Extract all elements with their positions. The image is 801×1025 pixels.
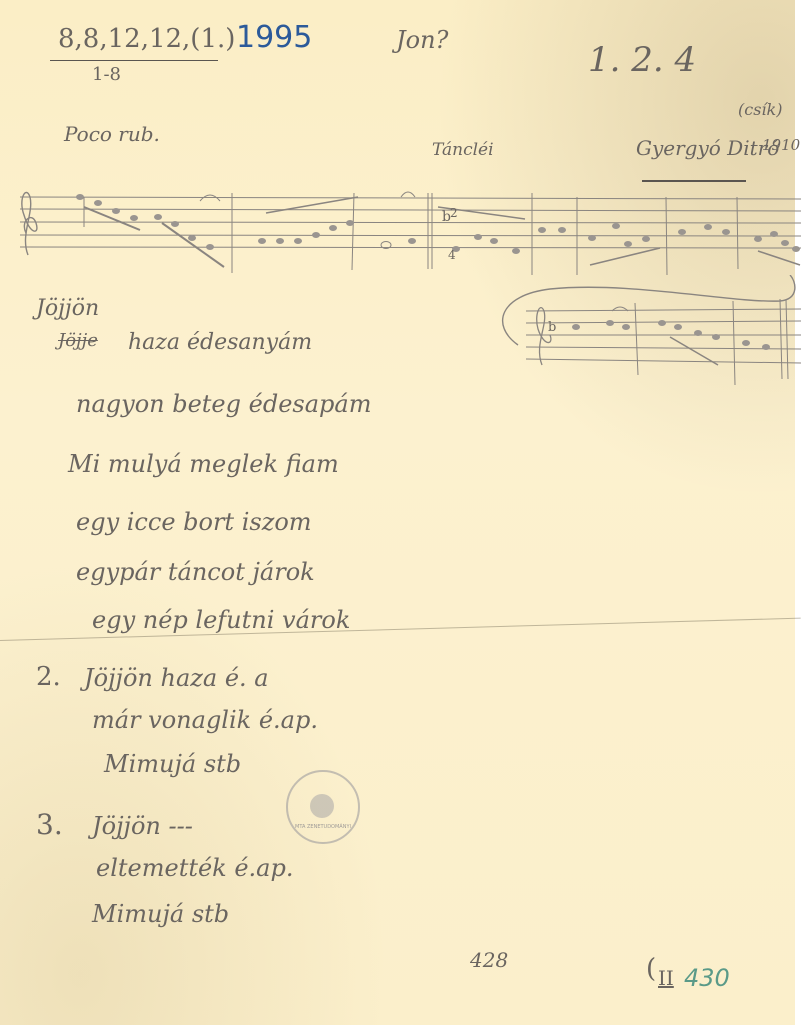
verse2-line-3: Mimujá stb [104,750,241,778]
song-type: Táncléi [432,140,494,160]
collector-note: (csík) [738,100,782,119]
year-stamp: 1995 [236,20,312,55]
manuscript-page: 8,8,12,12,(1.) 1-8 1995 Jon? 1. 2. 4 Poc… [0,0,801,1025]
verse1-line-2: nagyon beteg édesapám [76,390,371,418]
catalog-underline [50,60,218,61]
verse1-line-3: Mi mulyá meglek fiam [68,450,339,478]
verse3-line-3: Mimujá stb [92,900,229,928]
svg-text:b: b [548,320,556,335]
svg-text:4: 4 [448,248,456,262]
stamp-emblem-icon [310,794,334,818]
catalog-sub: 1-8 [92,64,121,85]
archive-bracket: ( [646,954,656,984]
tempo-marking: Poco rub. [64,122,160,146]
verse2-line-2: már vonaglik é.ap. [92,706,318,734]
verse2-line-1: Jöjjön haza é. a [84,664,269,692]
collector-year: 1910 [762,136,800,154]
verse1-struck-word: Jöjje [58,330,98,351]
verse2-number: 2. [36,662,61,692]
archive-stamp: MTA ZENETUDOMÁNYI [286,770,360,844]
collector-name: Gyergyó Ditró [636,136,779,160]
page-number: 428 [470,948,508,972]
verse1-line-6: egy nép lefutni várok [92,606,350,634]
archive-number: 430 [684,964,730,992]
section-numbers: 1. 2. 4 [588,40,696,80]
stamp-label: MTA ZENETUDOMÁNYI [288,824,358,830]
query-note: Jon? [396,26,448,54]
music-staff-2: b [490,275,801,385]
verse3-line-2: eltemették é.ap. [96,854,293,882]
verse1-correction: Jöjjön [36,296,99,321]
verse1-line-5: egypár táncot járok [76,558,315,586]
catalog-numbers: 8,8,12,12,(1.) [58,24,235,54]
verse3-line-1: Jöjjön --- [92,812,193,840]
collector-underline [642,180,746,182]
verse1-line-4: egy icce bort iszom [76,508,312,536]
verse1-line-1: haza édesanyám [128,330,312,355]
svg-text:2: 2 [450,206,458,220]
music-staff-1: b 2 4 [10,185,801,275]
archive-roman: II [658,966,674,990]
verse3-number: 3. [36,808,63,841]
